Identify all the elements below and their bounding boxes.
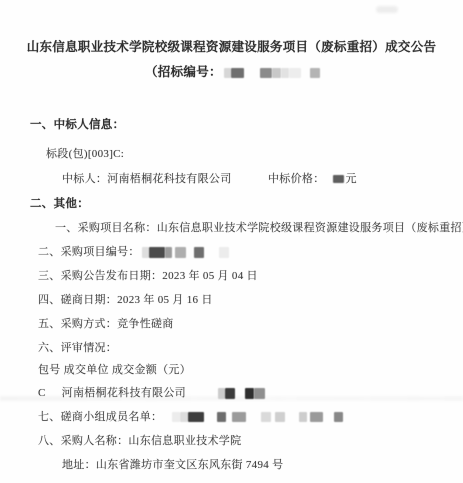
document-title: 山东信息职业技术学院校级课程资源建设服务项目（废标重招）成交公告 <box>0 40 463 55</box>
winner-section-heading: 一、中标人信息： <box>30 118 124 133</box>
redacted-block <box>310 68 320 78</box>
redacted-block <box>334 412 343 422</box>
redacted-block <box>217 412 226 422</box>
redacted-block <box>275 412 285 422</box>
redacted-block <box>149 247 165 258</box>
winner-name: 河南梧桐花科技有限公司 <box>107 173 231 185</box>
result-package-id: C <box>38 387 46 399</box>
result-table-row: C河南梧桐花科技有限公司 <box>38 386 267 401</box>
redacted-block <box>281 68 289 78</box>
other-section-heading: 二、其他： <box>30 197 89 212</box>
redacted-block <box>254 388 265 399</box>
procurement-method-line: 五、采购方式：竞争性磋商 <box>38 317 174 332</box>
redacted-block <box>224 68 231 78</box>
bid-number-label: （招标编号： <box>145 65 222 79</box>
negotiation-date-line: 四、磋商日期：2023 年 05 月 16 日 <box>38 293 213 308</box>
result-company-name: 河南梧桐花科技有限公司 <box>62 387 186 399</box>
redacted-block <box>218 388 225 399</box>
redacted-block <box>289 68 301 78</box>
redacted-block <box>333 175 344 183</box>
redacted-block <box>231 68 244 78</box>
redacted-block <box>194 247 204 258</box>
purchaser-line: 八、采购人名称：山东信息职业技术学院 <box>38 434 241 449</box>
bid-number-line: （招标编号： <box>145 65 322 80</box>
redacted-block <box>225 388 235 399</box>
price-line: 中标价格：元 <box>268 172 357 187</box>
price-label: 中标价格： <box>268 173 325 185</box>
redacted-block <box>260 68 272 78</box>
price-redaction <box>327 175 344 183</box>
panel-members-label: 七、磋商小组成员名单： <box>38 411 162 423</box>
review-heading-line: 六、评审情况： <box>38 341 117 356</box>
purchaser-address-line: 地址：山东省潍坊市奎文区东风东街 7494 号 <box>62 458 283 473</box>
project-number-line: 二、采购项目编号： <box>38 245 231 260</box>
project-name-line: 一、采购项目名称：山东信息职业技术学院校级课程资源建设服务项目（废标重招） <box>55 221 463 236</box>
redacted-block <box>299 412 307 422</box>
redacted-block <box>245 388 254 399</box>
scan-smudge-artifact <box>376 6 398 13</box>
redacted-block <box>272 68 281 78</box>
redacted-block <box>261 412 271 422</box>
redacted-block <box>310 412 323 422</box>
deal-amount-redaction <box>188 388 265 399</box>
redacted-block <box>232 412 246 422</box>
project-number-redaction <box>142 247 229 258</box>
redacted-block <box>165 247 172 258</box>
announce-date-line: 三、采购公告发布日期：2023 年 05 月 04 日 <box>38 269 258 284</box>
redacted-block <box>175 247 186 258</box>
redacted-block <box>188 412 204 422</box>
panel-members-redaction <box>164 412 343 422</box>
redacted-block <box>142 247 149 258</box>
winner-label: 中标人： <box>62 173 107 185</box>
redacted-block <box>219 247 229 258</box>
winner-line: 中标人：河南梧桐花科技有限公司 <box>62 172 232 187</box>
redacted-block <box>172 412 180 422</box>
lot-line: 标段(包)[003]C: <box>46 147 124 162</box>
announcement-document: 山东信息职业技术学院校级课程资源建设服务项目（废标重招）成交公告 （招标编号： … <box>0 0 463 483</box>
panel-members-line: 七、磋商小组成员名单： <box>38 410 345 425</box>
bid-number-redaction <box>224 68 320 78</box>
project-number-label: 二、采购项目编号： <box>38 246 140 258</box>
price-unit: 元 <box>346 173 357 185</box>
redacted-block <box>180 412 188 422</box>
result-table-header: 包号 成交单位 成交金额（元） <box>38 363 191 378</box>
